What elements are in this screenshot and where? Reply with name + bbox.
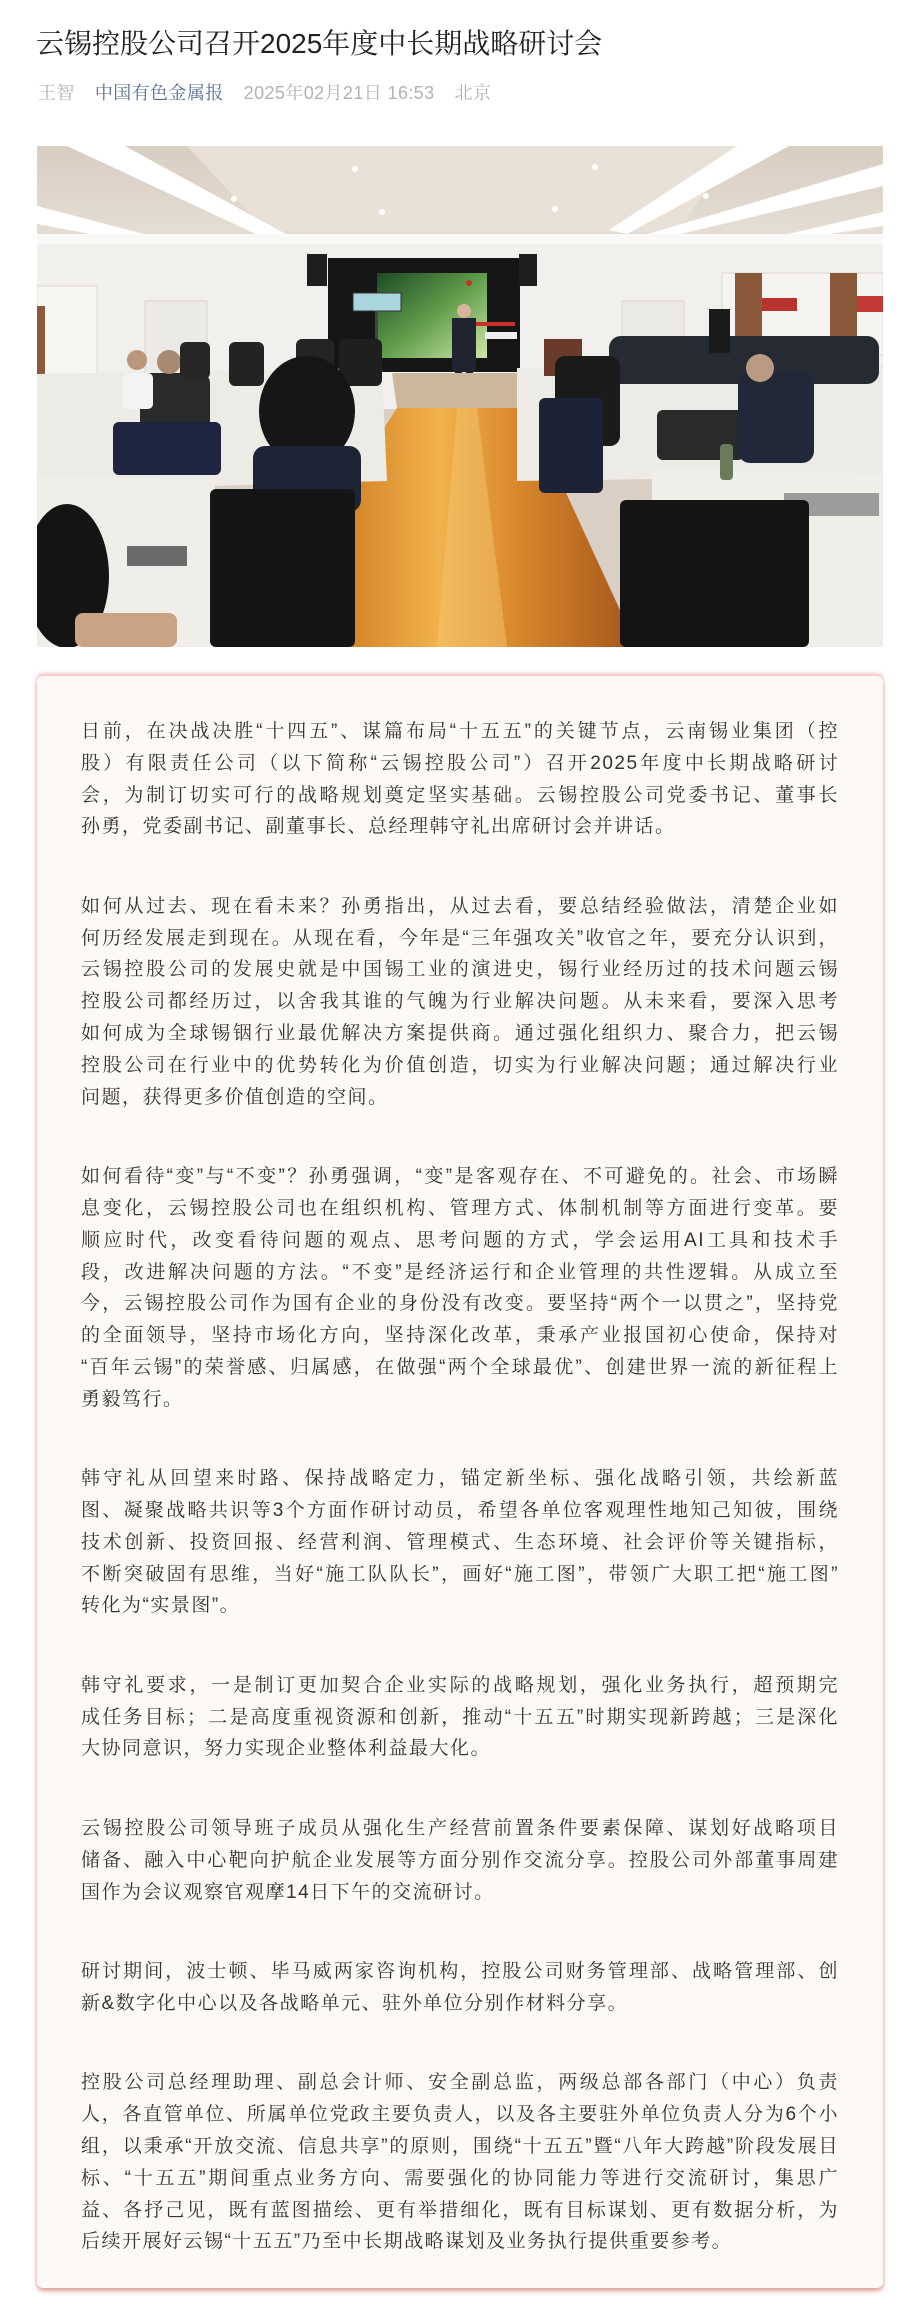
paragraph-line: 的全面领导，坚持市场化方向，坚持深化改革，秉承产业报国初心使命，保持对	[81, 1320, 839, 1352]
paragraph-line: 股）有限责任公司（以下简称“云锡控股公司”）召开2025年度中长期战略研讨	[81, 748, 839, 780]
paragraph: 云锡控股公司领导班子成员从强化生产经营前置条件要素保障、谋划好战略项目 储备、融…	[81, 1813, 839, 1908]
paragraph-line: “百年云锡”的荣誉感、归属感，在做强“两个全球最优”、创建世界一流的新征程上	[81, 1352, 839, 1384]
paragraph-line: 如何从过去、现在看未来？孙勇指出，从过去看，要总结经验做法，清楚企业如	[81, 891, 839, 923]
paragraph-line: 韩守礼从回望来时路、保持战略定力，锚定新坐标、强化战略引领，共绘新蓝	[81, 1463, 839, 1495]
paragraph: 如何从过去、现在看未来？孙勇指出，从过去看，要总结经验做法，清楚企业如 何历经发…	[81, 891, 839, 1114]
paragraph-line: 组，以秉承“开放交流、信息共享”的原则，围绕“十五五”暨“八年大跨越”阶段发展目	[81, 2131, 839, 2163]
paragraph-line: 如何成为全球锡铟行业最优解决方案提供商。通过强化组织力、聚合力，把云锡	[81, 1018, 839, 1050]
paragraph-line: 孙勇，党委副书记、副董事长、总经理韩守礼出席研讨会并讲话。	[81, 811, 839, 843]
paragraph-line: 控股公司总经理助理、副总会计师、安全副总监，两级总部各部门（中心）负责	[81, 2067, 839, 2099]
paragraph-line: 韩守礼要求，一是制订更加契合企业实际的战略规划，强化业务执行，超预期完	[81, 1670, 839, 1702]
paragraph-line: 图、凝聚战略共识等3个方面作研讨动员，希望各单位客观理性地知己知彼，围绕	[81, 1495, 839, 1527]
publish-location: 北京	[455, 83, 492, 103]
paragraph-line: 标、“十五五”期间重点业务方向、需要强化的协同能力等进行交流研讨，集思广	[81, 2163, 839, 2195]
paragraph-line: 何历经发展走到现在。从现在看，今年是“三年强攻关”收官之年，要充分认识到，	[81, 923, 839, 955]
paragraph-line: 人，各直管单位、所属单位党政主要负责人，以及各主要驻外单位负责人分为6个小	[81, 2099, 839, 2131]
paragraph: 控股公司总经理助理、副总会计师、安全副总监，两级总部各部门（中心）负责 人，各直…	[81, 2067, 839, 2258]
paragraph-line: 不断突破固有思维，当好“施工队队长”，画好“施工图”，带领广大职工把“施工图”	[81, 1559, 839, 1591]
paragraph-line: 段，改进解决问题的方法。“不变”是经济运行和企业管理的共性逻辑。从成立至	[81, 1257, 839, 1289]
author-name: 王智	[38, 83, 75, 103]
source-link[interactable]: 中国有色金属报	[95, 83, 224, 103]
paragraph-line: 控股公司在行业中的优势转化为价值创造，切实为行业解决问题；通过解决行业	[81, 1050, 839, 1082]
paragraph-line: 问题，获得更多价值创造的空间。	[81, 1082, 839, 1114]
paragraph: 如何看待“变”与“不变”？孙勇强调，“变”是客观存在、不可避免的。社会、市场瞬 …	[81, 1161, 839, 1415]
paragraph-line: 成任务目标；二是高度重视资源和创新，推动“十五五”时期实现新跨越；三是深化	[81, 1702, 839, 1734]
paragraph-line: 转化为“实景图”。	[81, 1590, 839, 1622]
paragraph-line: 后续开展好云锡“十五五”乃至中长期战略谋划及业务执行提供重要参考。	[81, 2226, 839, 2258]
paragraph-line: 国作为会议观察官观摩14日下午的交流研讨。	[81, 1877, 839, 1909]
article-meta: 王智 中国有色金属报 2025年02月21日 16:53 北京	[38, 81, 506, 105]
paragraph-line: 大协同意识，努力实现企业整体利益最大化。	[81, 1733, 839, 1765]
paragraph-line: 研讨期间，波士顿、毕马威两家咨询机构，控股公司财务管理部、战略管理部、创	[81, 1956, 839, 1988]
paragraph: 研讨期间，波士顿、毕马威两家咨询机构，控股公司财务管理部、战略管理部、创 新&数…	[81, 1956, 839, 2020]
publish-datetime: 2025年02月21日 16:53	[244, 83, 435, 103]
paragraph: 韩守礼从回望来时路、保持战略定力，锚定新坐标、强化战略引领，共绘新蓝 图、凝聚战…	[81, 1463, 839, 1622]
paragraph-line: 如何看待“变”与“不变”？孙勇强调，“变”是客观存在、不可避免的。社会、市场瞬	[81, 1161, 839, 1193]
paragraph-line: 云锡控股公司领导班子成员从强化生产经营前置条件要素保障、谋划好战略项目	[81, 1813, 839, 1845]
paragraph: 日前，在决战决胜“十四五”、谋篇布局“十五五”的关键节点，云南锡业集团（控 股）…	[81, 716, 839, 843]
paragraph-line: 新&数字化中心以及各战略单元、驻外单位分别作材料分享。	[81, 1988, 839, 2020]
paragraph-line: 云锡控股公司的发展史就是中国锡工业的演进史，锡行业经历过的技术问题云锡	[81, 954, 839, 986]
paragraph-line: 储备、融入中心靶向护航企业发展等方面分别作交流分享。控股公司外部董事周建	[81, 1845, 839, 1877]
paragraph-line: 技术创新、投资回报、经营利润、管理模式、生态环境、社会评价等关键指标，	[81, 1527, 839, 1559]
paragraph-line: 勇毅笃行。	[81, 1384, 839, 1416]
paragraph-line: 益、各抒己见，既有蓝图描绘、更有举措细化，既有目标谋划、更有数据分析，为	[81, 2195, 839, 2227]
paragraph: 韩守礼要求，一是制订更加契合企业实际的战略规划，强化业务执行，超预期完 成任务目…	[81, 1670, 839, 1765]
article-title: 云锡控股公司召开2025年度中长期战略研讨会	[36, 26, 602, 62]
paragraph-line: 日前，在决战决胜“十四五”、谋篇布局“十五五”的关键节点，云南锡业集团（控	[81, 716, 839, 748]
article-body-card: 日前，在决战决胜“十四五”、谋篇布局“十五五”的关键节点，云南锡业集团（控 股）…	[37, 675, 883, 2288]
paragraph-line: 会，为制订切实可行的战略规划奠定坚实基础。云锡控股公司党委书记、董事长	[81, 780, 839, 812]
paragraph-line: 息变化，云锡控股公司也在组织机构、管理方式、体制机制等方面进行变革。要	[81, 1193, 839, 1225]
article-photo	[37, 146, 883, 647]
paragraph-line: 今，云锡控股公司作为国有企业的身份没有改变。要坚持“两个一以贯之”，坚持党	[81, 1288, 839, 1320]
paragraph-line: 控股公司都经历过，以舍我其谁的气魄为行业解决问题。从未来看，要深入思考	[81, 986, 839, 1018]
paragraph-line: 顺应时代，改变看待问题的观点、思考问题的方式，学会运用AI工具和技术手	[81, 1225, 839, 1257]
